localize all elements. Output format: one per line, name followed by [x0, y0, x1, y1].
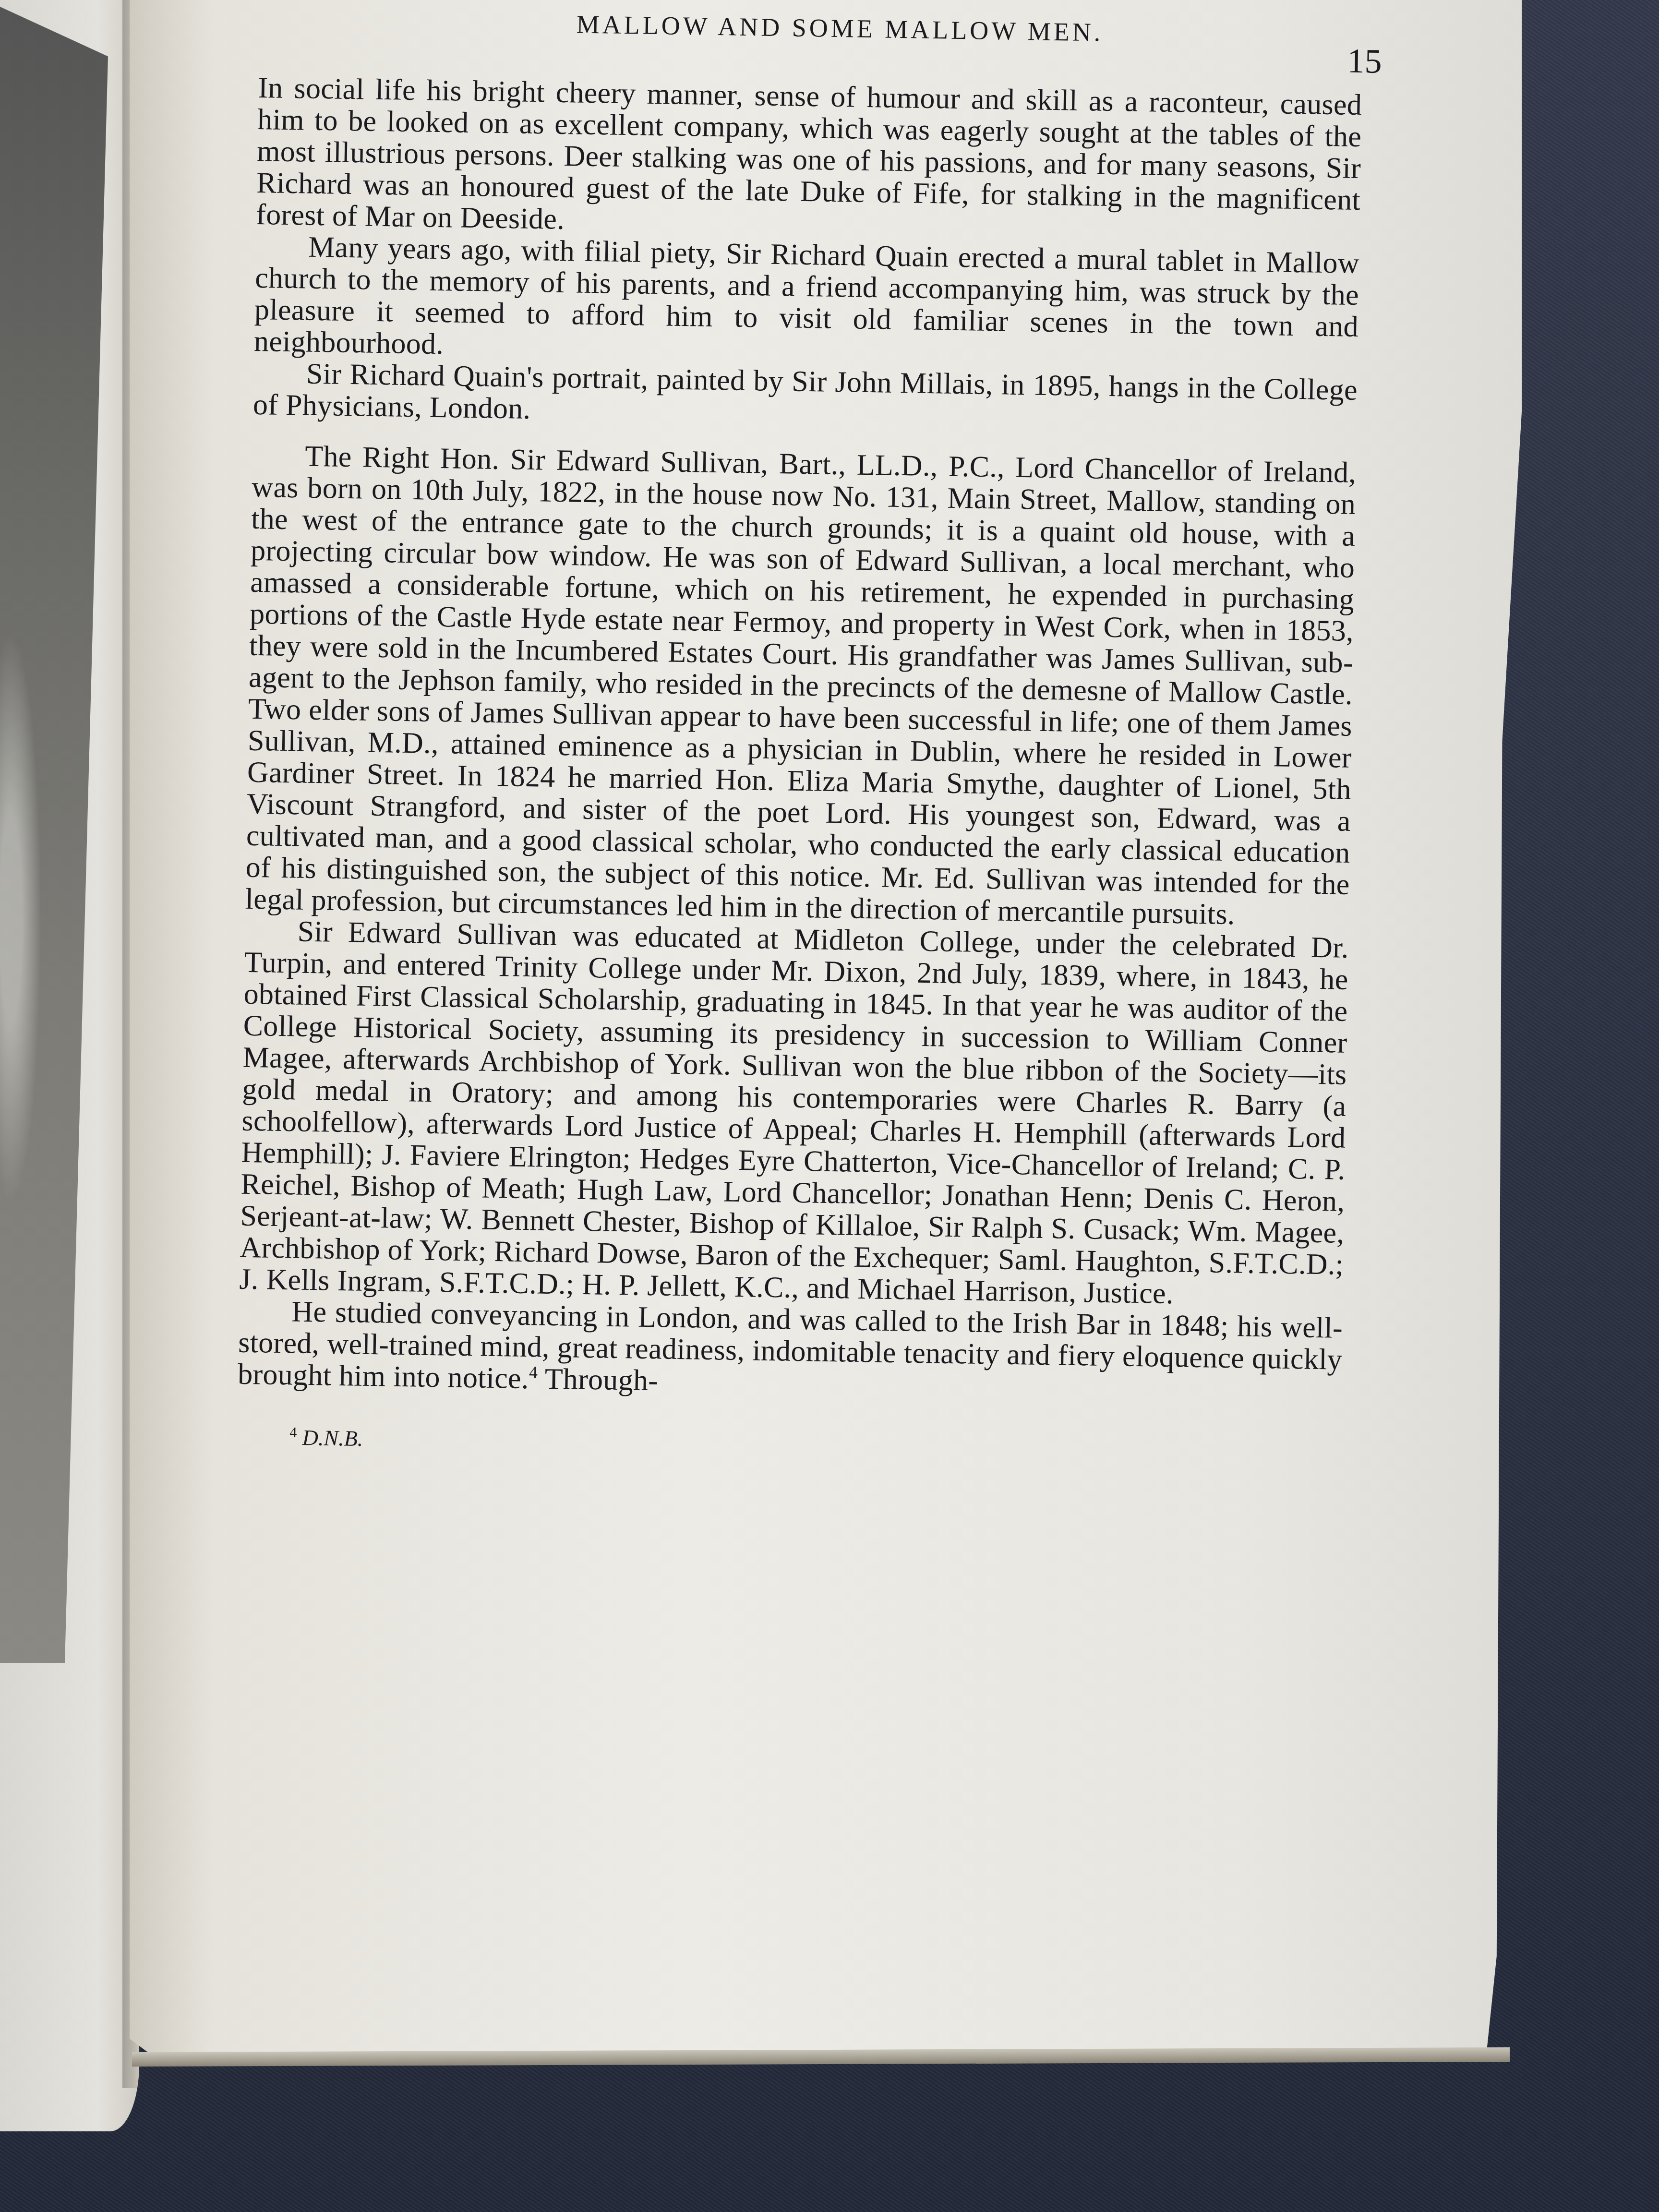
footnote-marker: 4: [289, 1424, 297, 1440]
paragraph: Sir Edward Sullivan was educated at Midl…: [239, 915, 1349, 1312]
paragraph: The Right Hon. Sir Edward Sullivan, Bart…: [245, 440, 1356, 932]
page-number: 15: [1347, 41, 1382, 82]
paragraph-text: Through-: [538, 1362, 659, 1397]
page-content: Mallow and Some Mallow Men. 15 In social…: [237, 10, 1363, 1467]
footnote-reference[interactable]: 4: [529, 1363, 538, 1382]
paragraph: In social life his bright cheery manner,…: [256, 72, 1362, 248]
illustration-plate: [0, 7, 108, 1663]
paragraph: He studied conveyancing in London, and w…: [238, 1295, 1343, 1407]
footnote-text: D.N.B.: [302, 1425, 363, 1451]
facing-page: [0, 0, 139, 2131]
paragraph: Many years ago, with filial piety, Sir R…: [254, 230, 1360, 374]
body-text: In social life his bright cheery manner,…: [238, 72, 1362, 1407]
paragraph-text: He studied conveyancing in London, and w…: [238, 1295, 1343, 1395]
